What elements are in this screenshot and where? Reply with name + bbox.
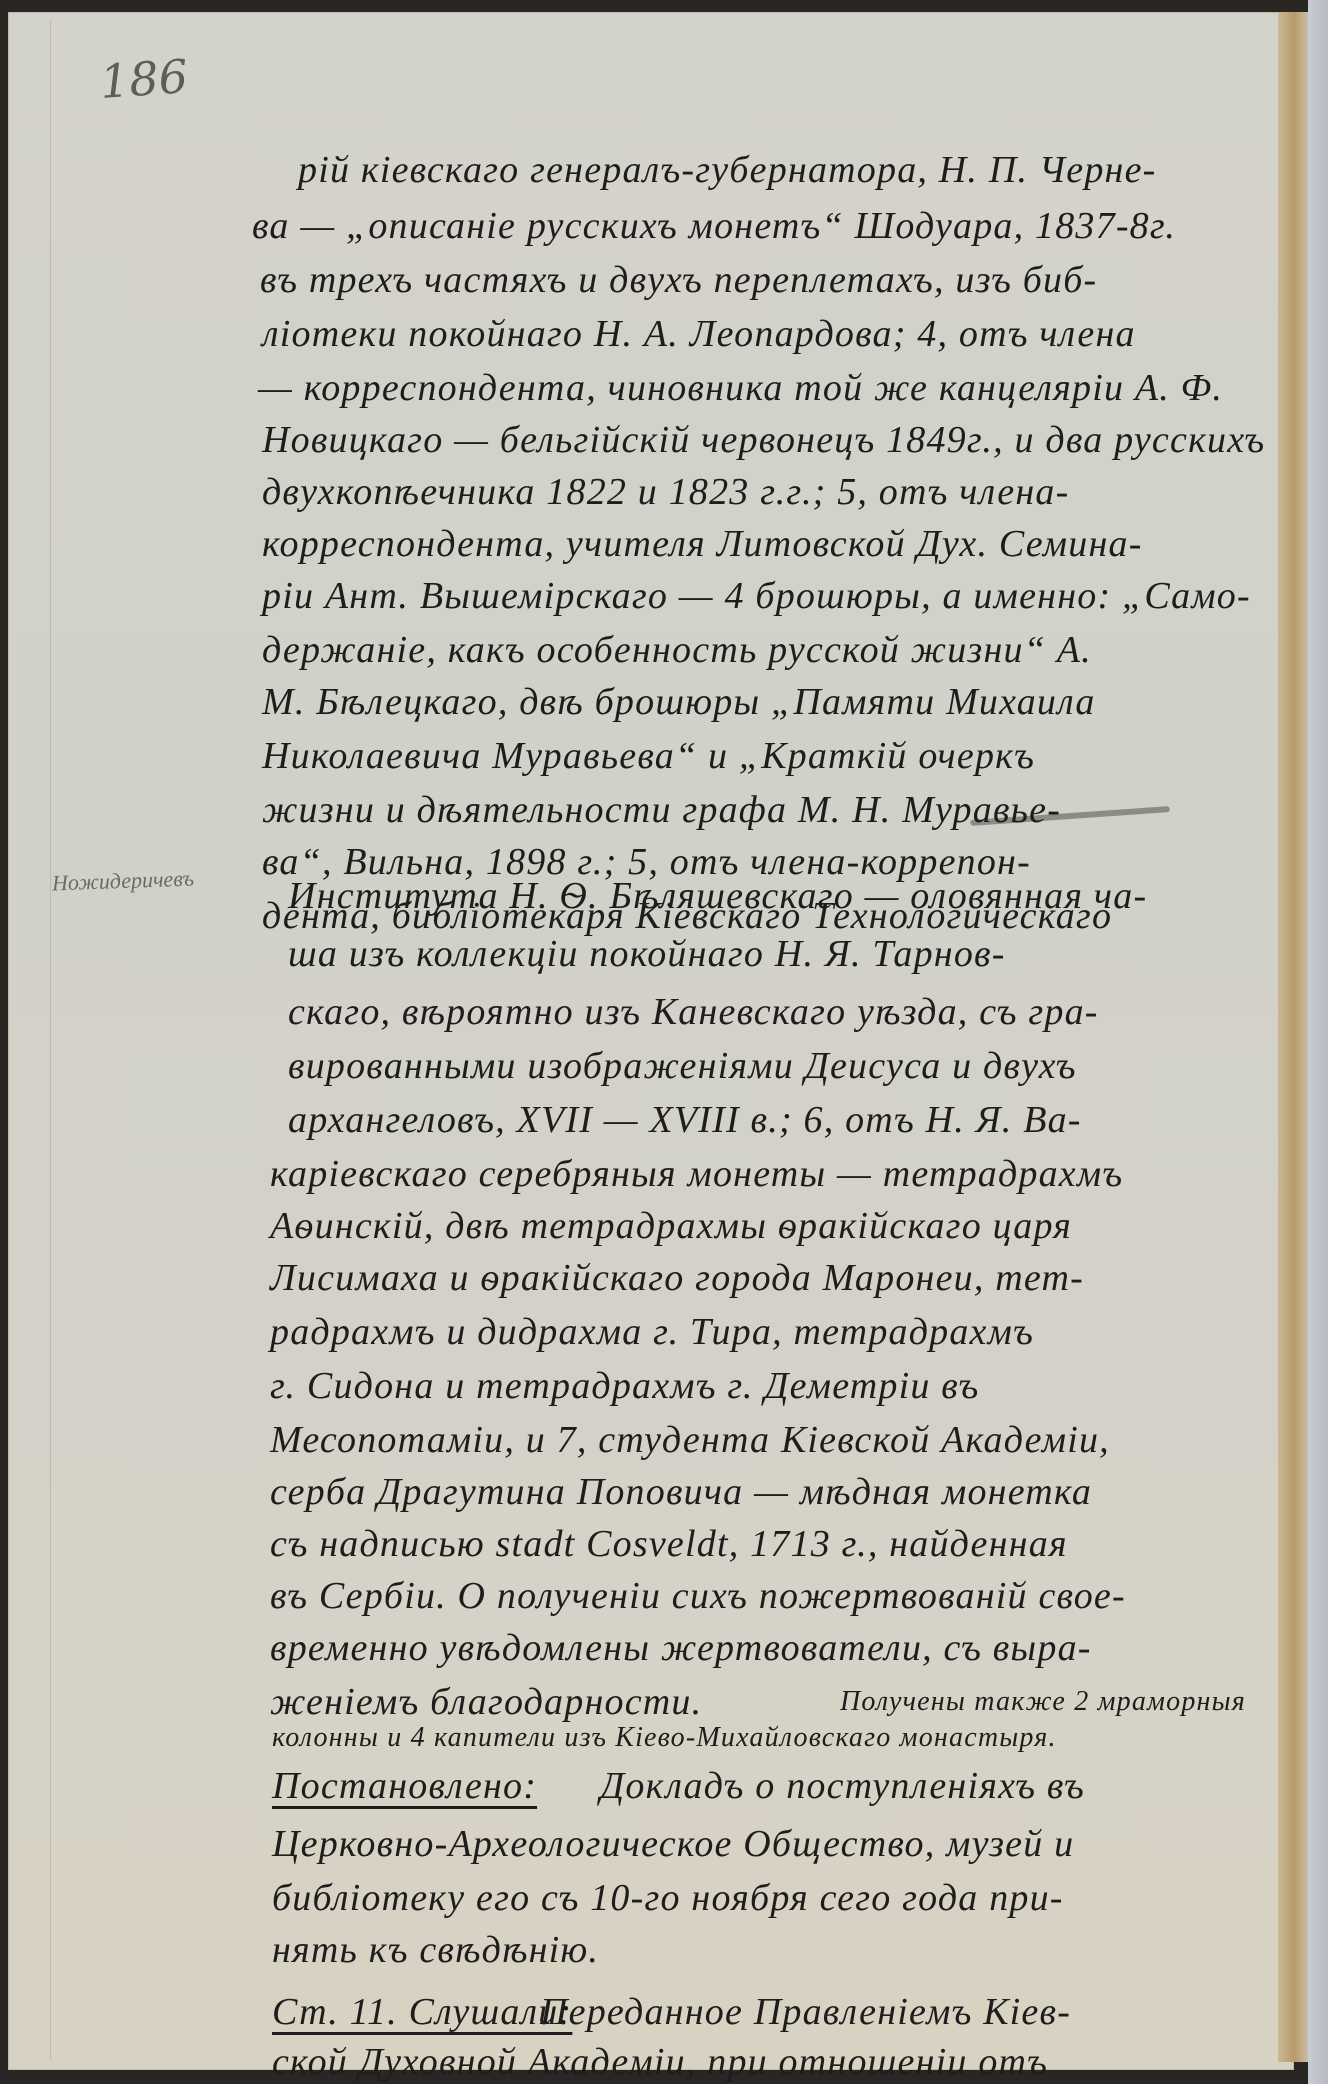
article-line: Переданное Правленіемъ Кіев- bbox=[540, 1990, 1071, 2034]
text-line: въ трехъ частяхъ и двухъ переплетахъ, из… bbox=[260, 258, 1097, 302]
text-line: ша изъ коллекціи покойнаго Н. Я. Тарнов- bbox=[288, 932, 1006, 976]
text-line: въ Сербіи. О полученіи сихъ пожертвовані… bbox=[270, 1574, 1126, 1618]
insertion-line: Получены также 2 мраморныя bbox=[840, 1686, 1246, 1718]
text-line: серба Драгутина Поповича — мѣдная монетк… bbox=[270, 1470, 1092, 1514]
text-line: г. Сидона и тетрадрахмъ г. Деметріи въ bbox=[270, 1364, 979, 1408]
text-line: Лисимаха и ѳракійскаго города Маронеи, т… bbox=[270, 1256, 1084, 1300]
text-line: жизни и дѣятельности графа М. Н. Муравье… bbox=[262, 788, 1061, 832]
text-line: съ надписью stadt Cosveldt, 1713 г., най… bbox=[270, 1522, 1068, 1566]
resolution-line: библіотеку его съ 10-го ноября сего года… bbox=[272, 1876, 1064, 1920]
text-line: временно увѣдомлены жертвователи, съ выр… bbox=[270, 1626, 1092, 1670]
text-line: М. Бѣлецкаго, двѣ брошюры „Памяти Михаил… bbox=[262, 680, 1096, 724]
text-line: корреспондента, учителя Литовской Дух. С… bbox=[262, 522, 1143, 566]
manuscript-text-body: рій кіевскаго генералъ-губернатора, Н. П… bbox=[0, 0, 1328, 2084]
text-line: ліотеки покойнаго Н. А. Леопардова; 4, о… bbox=[262, 312, 1136, 356]
text-line: ва — „описаніе русскихъ монетъ“ Шодуара,… bbox=[252, 204, 1176, 248]
article-label: Ст. 11. Слушали: bbox=[272, 1990, 572, 2034]
text-line: радрахмъ и дидрахма г. Тира, тетрадрахмъ bbox=[270, 1310, 1034, 1354]
text-line: — корреспондента, чиновника той же канце… bbox=[258, 366, 1223, 410]
text-line: Аѳинскій, двѣ тетрадрахмы ѳракійскаго ца… bbox=[270, 1204, 1072, 1248]
article-line: ской Духовной Академіи, при отношеніи от… bbox=[272, 2040, 1048, 2084]
text-line: архангеловъ, XVII — XVIII в.; 6, отъ Н. … bbox=[288, 1098, 1082, 1142]
text-line: Николаевича Муравьева“ и „Краткій очеркъ bbox=[262, 734, 1035, 778]
text-line: Института Н. Ѳ. Бѣляшевскаго — оловянная… bbox=[288, 874, 1147, 918]
text-line: женіемъ благодарности. bbox=[270, 1680, 702, 1724]
text-line: двухкопѣечника 1822 и 1823 г.г.; 5, отъ … bbox=[262, 470, 1069, 514]
text-line: рій кіевскаго генералъ-губернатора, Н. П… bbox=[298, 148, 1157, 192]
text-line: Месопотаміи, и 7, студента Кіевской Акад… bbox=[270, 1418, 1110, 1462]
text-line: ріи Ант. Вышемірскаго — 4 брошюры, а име… bbox=[262, 574, 1251, 618]
resolution-label: Постановлено: bbox=[272, 1764, 537, 1808]
text-line: держаніе, какъ особенность русской жизни… bbox=[262, 628, 1092, 672]
resolution-line: Докладъ о поступленіяхъ въ bbox=[600, 1764, 1085, 1808]
text-line: каріевскаго серебряныя монеты — тетрадра… bbox=[270, 1152, 1123, 1196]
text-line: скаго, вѣроятно изъ Каневскаго уѣзда, съ… bbox=[288, 990, 1099, 1034]
text-line: Новицкаго — бельгійскій червонецъ 1849г.… bbox=[262, 418, 1265, 462]
resolution-line: нять къ свѣдѣнію. bbox=[272, 1928, 599, 1972]
resolution-line: Церковно-Археологическое Общество, музей… bbox=[272, 1822, 1074, 1866]
text-line: вированными изображеніями Деисуса и двух… bbox=[288, 1044, 1077, 1088]
insertion-line: колонны и 4 капители изъ Кіево-Михайловс… bbox=[272, 1722, 1057, 1754]
